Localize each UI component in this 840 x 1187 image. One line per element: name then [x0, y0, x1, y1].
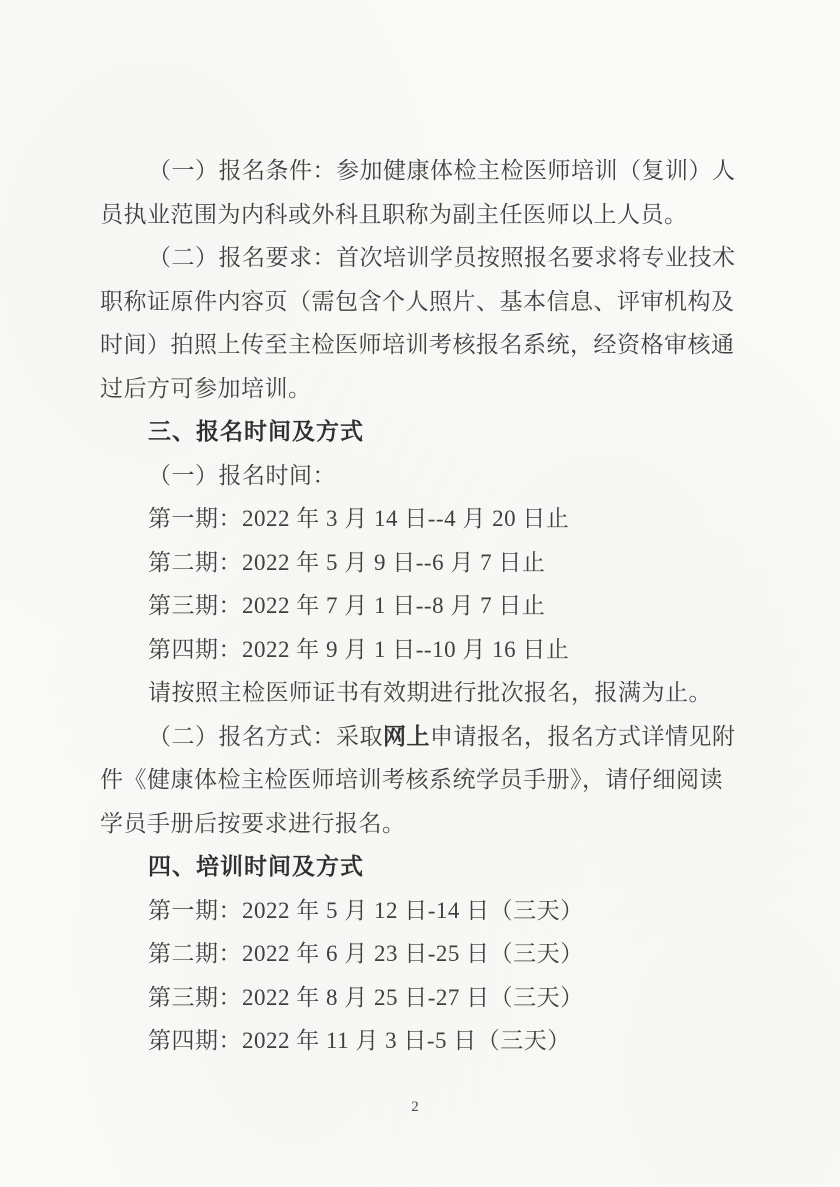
schedule-line: 第三期：2022 年 7 月 1 日--8 月 7 日止: [100, 584, 780, 628]
section-heading: 四、培训时间及方式: [100, 845, 780, 889]
paragraph-line: 请按照主检医师证书有效期进行批次报名，报满为止。: [100, 671, 780, 715]
paragraph-line: （一）报名条件：参加健康体检主检医师培训（复训）人: [100, 149, 780, 193]
paragraph-line: （二）报名方式：采取网上申请报名，报名方式详情见附: [100, 715, 780, 759]
paragraph-line: 过后方可参加培训。: [100, 367, 780, 411]
section-heading: 三、报名时间及方式: [100, 410, 780, 454]
schedule-line: 第三期：2022 年 8 月 25 日-27 日（三天）: [100, 976, 780, 1020]
schedule-line: 第四期：2022 年 9 月 1 日--10 月 16 日止: [100, 628, 780, 672]
paragraph-line: 职称证原件内容页（需包含个人照片、基本信息、评审机构及: [100, 280, 780, 324]
paragraph-line: （二）报名要求：首次培训学员按照报名要求将专业技术: [100, 236, 780, 280]
emphasized-text: 网上: [383, 723, 430, 749]
paragraph-line: （一）报名时间：: [100, 454, 780, 498]
paragraph-line: 学员手册后按要求进行报名。: [100, 802, 780, 846]
paragraph-line: 员执业范围为内科或外科且职称为副主任医师以上人员。: [100, 193, 780, 237]
schedule-line: 第二期：2022 年 5 月 9 日--6 月 7 日止: [100, 541, 780, 585]
page-number: 2: [0, 1096, 830, 1118]
schedule-line: 第二期：2022 年 6 月 23 日-25 日（三天）: [100, 932, 780, 976]
document-page: （一）报名条件：参加健康体检主检医师培训（复训）人 员执业范围为内科或外科且职称…: [0, 0, 840, 1187]
document-body: （一）报名条件：参加健康体检主检医师培训（复训）人 员执业范围为内科或外科且职称…: [100, 149, 780, 1063]
paragraph-line: 时间）拍照上传至主检医师培训考核报名系统，经资格审核通: [100, 323, 780, 367]
schedule-line: 第一期：2022 年 3 月 14 日--4 月 20 日止: [100, 497, 780, 541]
paragraph-line: 件《健康体检主检医师培训考核系统学员手册》，请仔细阅读: [100, 758, 780, 802]
paragraph-segment: （二）报名方式：采取: [148, 724, 383, 749]
paragraph-segment: 申请报名，报名方式详情见附: [430, 724, 736, 749]
schedule-line: 第一期：2022 年 5 月 12 日-14 日（三天）: [100, 889, 780, 933]
schedule-line: 第四期：2022 年 11 月 3 日-5 日（三天）: [100, 1019, 780, 1063]
